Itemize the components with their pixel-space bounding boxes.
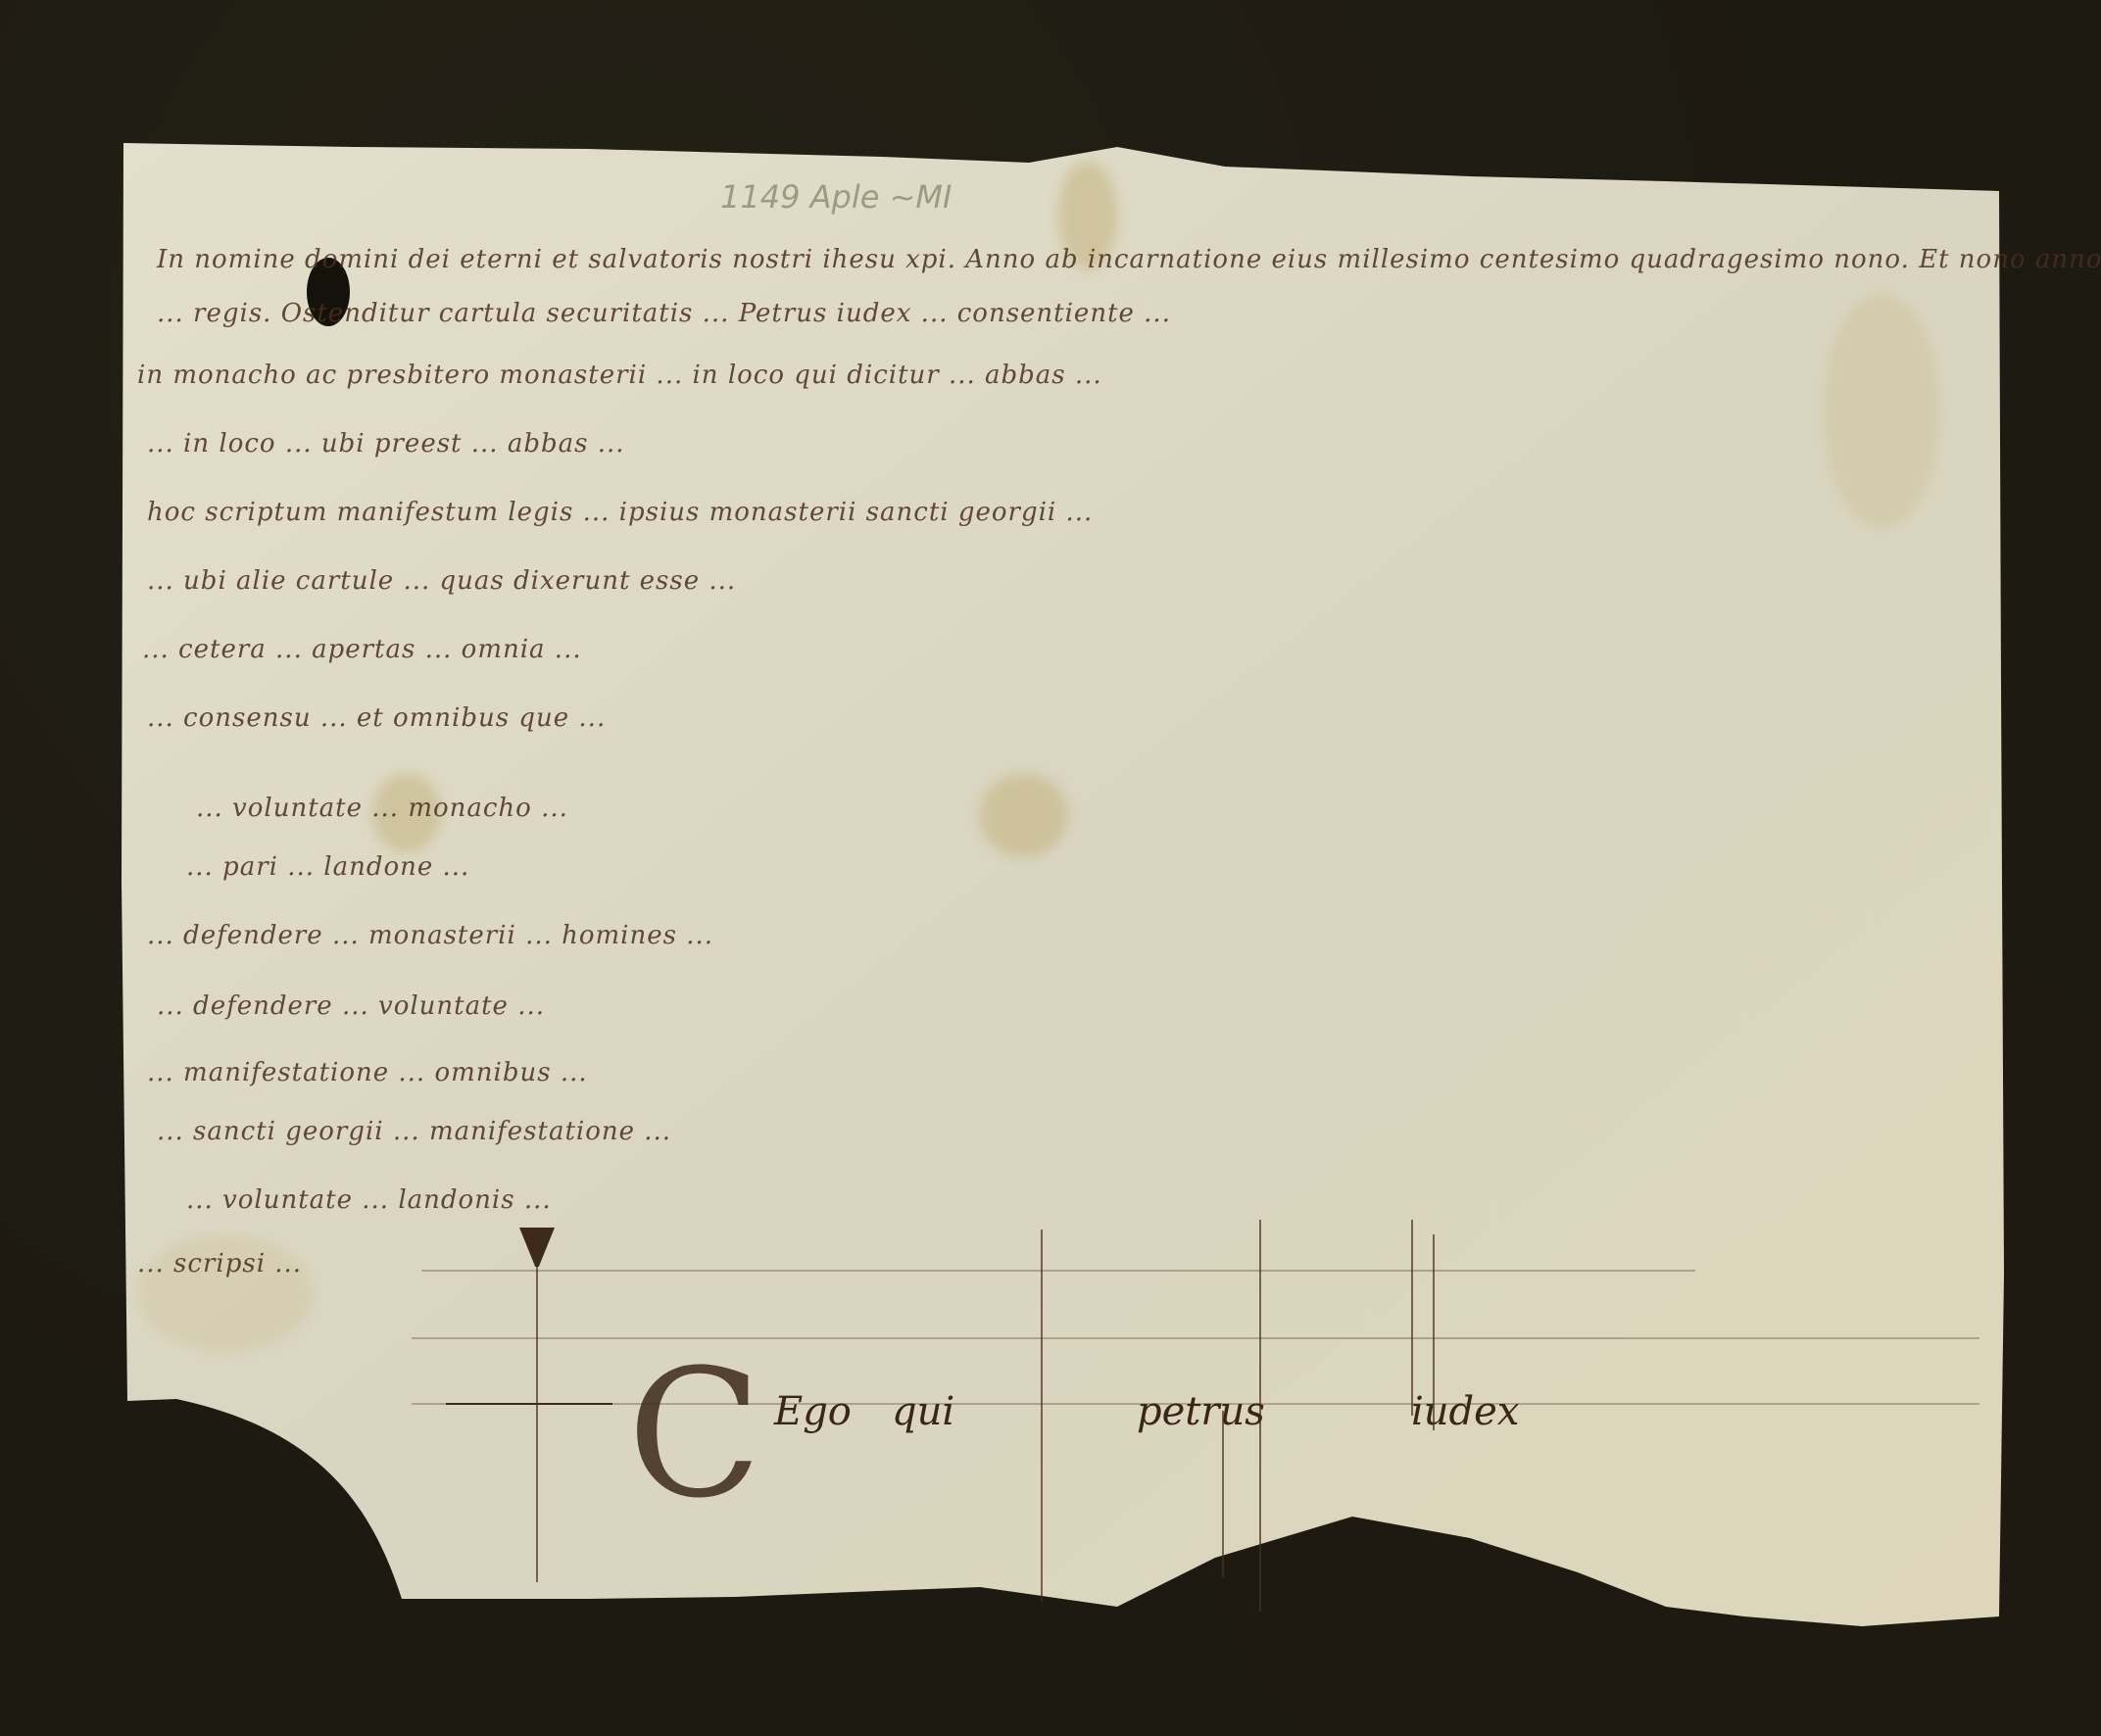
text-line: ... sancti georgii ... manifestatione ..… — [157, 1117, 671, 1146]
signature-petrus: petrus — [1137, 1389, 1265, 1434]
text-line: in monacho ac presbitero monasterii ... … — [137, 361, 1102, 390]
text-line: ... defendere ... monasterii ... homines… — [147, 921, 713, 950]
ruling-line — [421, 1270, 1695, 1272]
stain — [1823, 294, 1940, 529]
signum-cross-vertical — [536, 1239, 538, 1582]
signum-cross-horizontal — [446, 1403, 612, 1405]
text-line: ... voluntate ... monacho ... — [196, 794, 568, 823]
ascender-stroke — [1259, 1220, 1261, 1612]
text-line: ... pari ... landone ... — [186, 852, 469, 882]
text-line: ... manifestatione ... omnibus ... — [147, 1058, 588, 1087]
text-line: ... in loco ... ubi preest ... abbas ... — [147, 429, 625, 458]
signature-ego: Ego — [774, 1389, 852, 1434]
ascender-stroke — [1411, 1220, 1413, 1416]
text-line: ... ubi alie cartule ... quas dixerunt e… — [147, 566, 736, 596]
signature-iudex: iudex — [1411, 1389, 1519, 1434]
signature-qui: qui — [892, 1389, 954, 1434]
archival-annotation: 1149 Aple ~MI — [720, 178, 952, 216]
text-line: ... defendere ... voluntate ... — [157, 991, 545, 1021]
ascender-stroke — [1433, 1234, 1435, 1430]
text-line: ... scripsi ... — [137, 1249, 302, 1278]
ascender-stroke — [1222, 1411, 1224, 1577]
text-line: ... cetera ... apertas ... omnia ... — [142, 635, 582, 664]
text-line: ... voluntate ... landonis ... — [186, 1185, 552, 1215]
ascender-stroke — [1041, 1230, 1043, 1602]
text-line: ... regis. Ostenditur cartula securitati… — [157, 299, 1171, 328]
text-line: ... consensu ... et omnibus que ... — [147, 703, 606, 733]
text-line: In nomine domini dei eterni et salvatori… — [157, 245, 2101, 274]
initial-c: C — [627, 1347, 762, 1523]
stain — [980, 774, 1068, 857]
text-line: hoc scriptum manifestum legis ... ipsius… — [147, 498, 1093, 527]
